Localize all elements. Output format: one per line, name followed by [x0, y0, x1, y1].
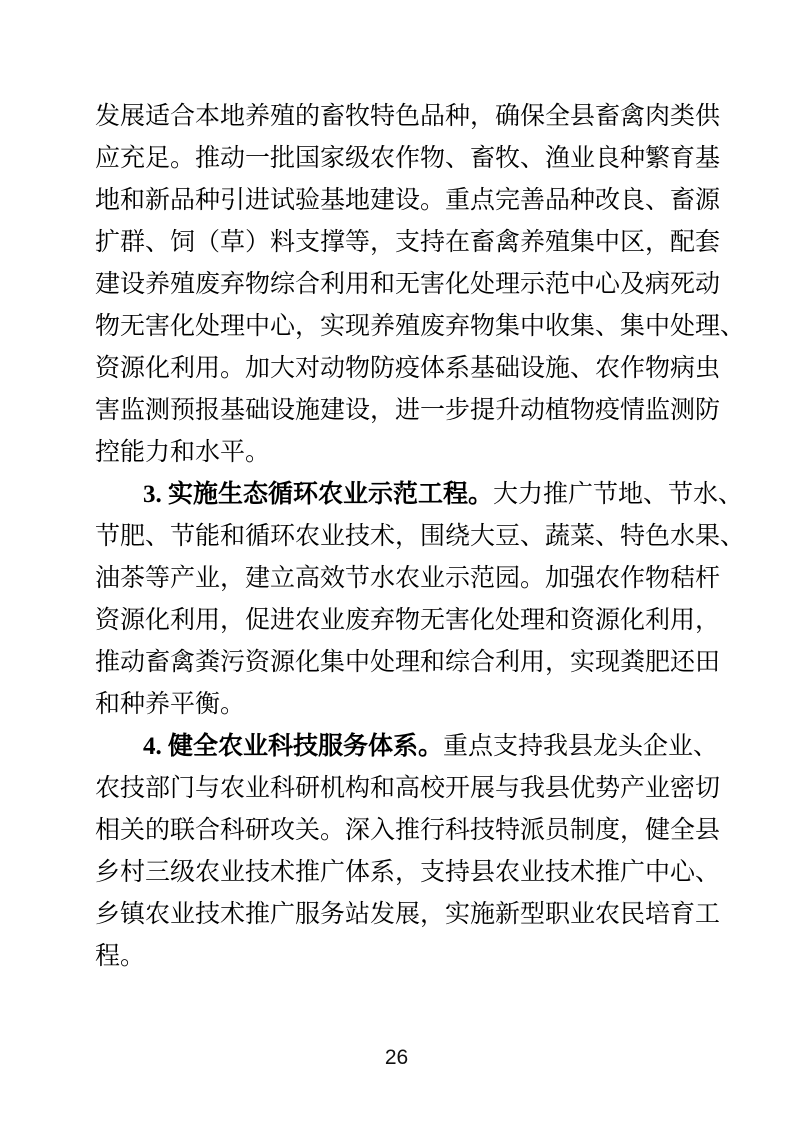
- text-line: 发展适合本地养殖的畜牧特色品种，确保全县畜禽肉类供: [95, 96, 708, 138]
- text-line: 地和新品种引进试验基地建设。重点完善品种改良、畜源: [95, 180, 708, 222]
- text-line: 建设养殖废弃物综合利用和无害化处理示范中心及病死动: [95, 264, 708, 306]
- text-line: 4. 健全农业科技服务体系。重点支持我县龙头企业、: [95, 726, 708, 768]
- text-line: 资源化利用，促进农业废弃物无害化处理和资源化利用，: [95, 600, 708, 642]
- page-number: 26: [385, 1046, 408, 1069]
- paragraph-continuation: 发展适合本地养殖的畜牧特色品种，确保全县畜禽肉类供 应充足。推动一批国家级农作物…: [95, 96, 708, 474]
- text-run: 大力推广节地、节水、: [493, 481, 743, 508]
- text-line: 推动畜禽粪污资源化集中处理和综合利用，实现粪肥还田: [95, 642, 708, 684]
- text-line: 程。: [95, 936, 708, 978]
- text-line: 3. 实施生态循环农业示范工程。大力推广节地、节水、: [95, 474, 708, 516]
- text-line: 乡镇农业技术推广服务站发展，实施新型职业农民培育工: [95, 894, 708, 936]
- section-4-heading: 4. 健全农业科技服务体系。: [143, 733, 443, 760]
- text-line: 节肥、节能和循环农业技术，围绕大豆、蔬菜、特色水果、: [95, 516, 708, 558]
- page-footer: 26: [0, 1044, 793, 1072]
- paragraph-section-3: 3. 实施生态循环农业示范工程。大力推广节地、节水、 节肥、节能和循环农业技术，…: [95, 474, 708, 726]
- document-page: 发展适合本地养殖的畜牧特色品种，确保全县畜禽肉类供 应充足。推动一批国家级农作物…: [0, 0, 793, 1122]
- text-line: 乡村三级农业技术推广体系，支持县农业技术推广中心、: [95, 852, 708, 894]
- text-line: 相关的联合科研攻关。深入推行科技特派员制度，健全县: [95, 810, 708, 852]
- text-line: 资源化利用。加大对动物防疫体系基础设施、农作物病虫: [95, 348, 708, 390]
- document-body: 发展适合本地养殖的畜牧特色品种，确保全县畜禽肉类供 应充足。推动一批国家级农作物…: [95, 96, 708, 978]
- text-line: 物无害化处理中心，实现养殖废弃物集中收集、集中处理、: [95, 306, 708, 348]
- section-3-heading: 3. 实施生态循环农业示范工程。: [143, 481, 493, 508]
- text-line: 扩群、饲（草）料支撑等，支持在畜禽养殖集中区，配套: [95, 222, 708, 264]
- text-line: 控能力和水平。: [95, 432, 708, 474]
- text-line: 和种养平衡。: [95, 684, 708, 726]
- text-run: 重点支持我县龙头企业、: [443, 733, 718, 760]
- text-line: 农技部门与农业科研机构和高校开展与我县优势产业密切: [95, 768, 708, 810]
- text-line: 害监测预报基础设施建设，进一步提升动植物疫情监测防: [95, 390, 708, 432]
- text-line: 油茶等产业，建立高效节水农业示范园。加强农作物秸杆: [95, 558, 708, 600]
- text-line: 应充足。推动一批国家级农作物、畜牧、渔业良种繁育基: [95, 138, 708, 180]
- paragraph-section-4: 4. 健全农业科技服务体系。重点支持我县龙头企业、 农技部门与农业科研机构和高校…: [95, 726, 708, 978]
